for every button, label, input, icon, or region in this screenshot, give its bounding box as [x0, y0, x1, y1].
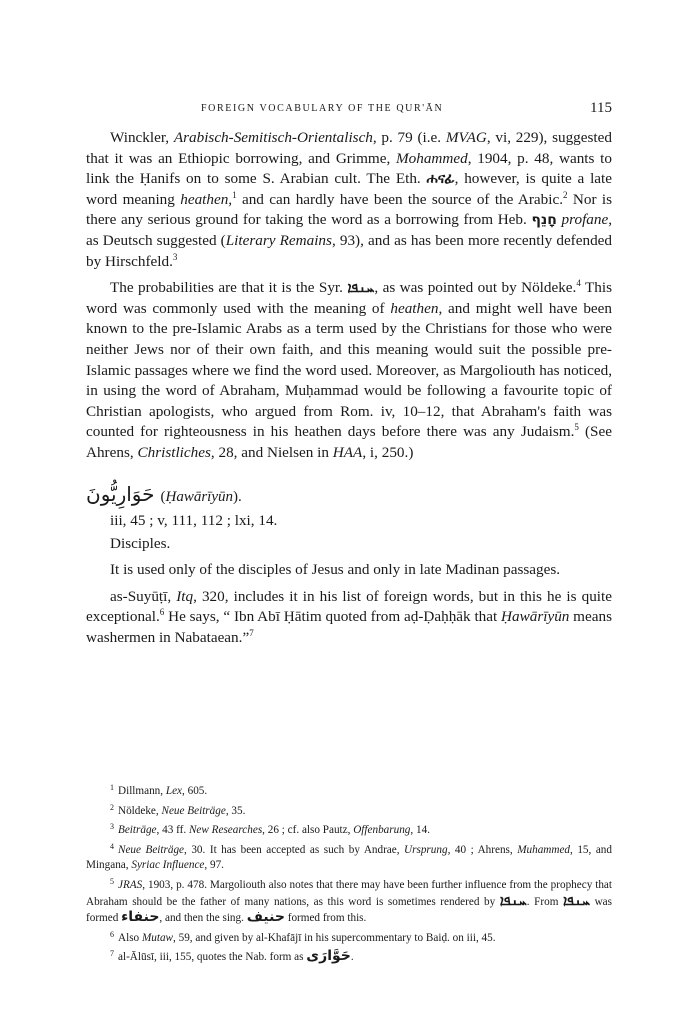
foreign-script-word: حنيف	[247, 909, 285, 925]
italic-text: Ḥawārīyūn	[501, 608, 569, 625]
text: .	[351, 951, 354, 963]
text: Dillmann,	[118, 785, 166, 797]
text: , 14.	[410, 824, 430, 836]
footnote: 7al-Ālūsī, iii, 155, quotes the Nab. for…	[86, 946, 612, 966]
italic-text: Beiträge	[118, 824, 157, 836]
paragraph: It is used only of the disciples of Jesu…	[86, 560, 612, 581]
footnote: 1Dillmann, Lex, 605.	[86, 780, 612, 800]
foreign-script-word: ܚܢܦܐ	[500, 893, 527, 909]
text: , 59, and given by al-Khafājī in his sup…	[173, 932, 496, 944]
text: , 97.	[204, 859, 224, 871]
italic-text: Neue Beiträge	[162, 805, 226, 817]
italic-text: Mutaw	[142, 932, 173, 944]
text: Nöldeke,	[118, 805, 162, 817]
text: , and then the sing.	[159, 912, 246, 924]
footnote: 5JRAS, 1903, p. 478. Margoliouth also no…	[86, 874, 612, 927]
italic-text: Arabisch-Semitisch-Orientalisch	[174, 129, 373, 146]
paragraph: Winckler, Arabisch-Semitisch-Orientalisc…	[86, 128, 612, 272]
italic-text: profane	[562, 211, 609, 228]
text: , 26 ; cf. also Pautz,	[262, 824, 353, 836]
italic-text: Christliches	[137, 444, 210, 461]
text: , as was pointed out by Nöldeke.	[374, 279, 576, 296]
italic-text: Muhammed	[517, 844, 570, 856]
footnote-number: 7	[110, 949, 114, 958]
italic-text: Neue Beiträge	[118, 844, 184, 856]
italic-text: heathen,	[180, 191, 232, 208]
italic-text: Lex	[166, 785, 182, 797]
italic-text: heathen	[390, 300, 438, 317]
entry-heading: حَوَارِيُّونَ(Ḥawārīyūn).	[86, 484, 612, 508]
text: Also	[118, 932, 142, 944]
page-number: 115	[590, 100, 612, 117]
text: It is used only of the disciples of Jesu…	[110, 561, 560, 578]
text: as-Suyūṭī,	[110, 588, 176, 605]
vocabulary-entry: حَوَارِيُّونَ(Ḥawārīyūn). iii, 45 ; v, 1…	[86, 484, 612, 649]
paragraph: as-Suyūṭī, Itq, 320, includes it in his …	[86, 587, 612, 649]
footnote-number: 3	[110, 822, 114, 831]
footnote-number: 1	[110, 783, 114, 792]
paragraph: The probabilities are that it is the Syr…	[86, 278, 612, 463]
text: , 43 ff.	[157, 824, 189, 836]
text: , and might well have been known to the …	[86, 300, 612, 441]
footnote-number: 5	[110, 877, 114, 886]
text: and can hardly have been the source of t…	[237, 191, 563, 208]
text: , 28, and Nielsen in	[211, 444, 333, 461]
running-head: FOREIGN VOCABULARY OF THE QUR'ĀN 115	[86, 100, 612, 118]
footnote-ref: 7	[249, 628, 254, 638]
foreign-script-word: ሐናፊ	[427, 171, 455, 187]
italic-text: Mohammed	[396, 150, 468, 167]
text: formed from this.	[285, 912, 366, 924]
footnote-number: 4	[110, 842, 114, 851]
footnote: 6Also Mutaw, 59, and given by al-Khafājī…	[86, 927, 612, 947]
text: al-Ālūsī, iii, 155, quotes the Nab. form…	[118, 951, 306, 963]
italic-text: Itq	[176, 588, 193, 605]
footnote-number: 2	[110, 803, 114, 812]
main-text: Winckler, Arabisch-Semitisch-Orientalisc…	[86, 128, 612, 649]
text: , 30. It has been accepted as such by An…	[184, 844, 404, 856]
footnotes: 1Dillmann, Lex, 605. 2Nöldeke, Neue Beit…	[86, 780, 612, 966]
foreign-script-word: ܚܢܦܐ	[563, 893, 590, 909]
footnote: 2Nöldeke, Neue Beiträge, 35.	[86, 800, 612, 820]
text: The probabilities are that it is the Syr…	[110, 279, 347, 296]
italic-text: JRAS	[118, 879, 142, 891]
text: , i, 250.)	[362, 444, 413, 461]
footnote-ref: 3	[173, 252, 178, 262]
italic-text: Offenbarung	[353, 824, 410, 836]
italic-text: MVAG	[446, 129, 487, 146]
text: , 605.	[182, 785, 207, 797]
footnote: 3Beiträge, 43 ff. New Researches, 26 ; c…	[86, 819, 612, 839]
running-head-title: FOREIGN VOCABULARY OF THE QUR'ĀN	[201, 103, 443, 114]
italic-text: HAA	[333, 444, 363, 461]
foreign-script-word: حَوَّارَى	[306, 948, 351, 964]
foreign-script-word: حنفاء	[121, 909, 159, 925]
text: , 40 ; Ahrens,	[448, 844, 518, 856]
text: . From	[527, 896, 563, 908]
entry-arabic-word: حَوَارِيُّونَ	[86, 482, 155, 506]
entry-references: iii, 45 ; v, 111, 112 ; lxi, 14.	[110, 511, 612, 532]
text: , p. 79 (i.e.	[373, 129, 446, 146]
entry-gloss: Disciples.	[110, 534, 612, 555]
italic-text: Syriac Influence	[131, 859, 204, 871]
text: Winckler,	[110, 129, 174, 146]
text: , 35.	[226, 805, 246, 817]
entry-transliteration: Ḥawārīyūn	[166, 489, 234, 505]
text: He says, “ Ibn Abī Ḥātim quoted from aḍ-…	[164, 608, 501, 625]
foreign-script-word: ܚܢܦܐ	[347, 280, 374, 296]
italic-text: Ursprung	[404, 844, 448, 856]
italic-text: New Researches	[189, 824, 262, 836]
italic-text: Literary Remains	[226, 232, 332, 249]
footnote: 4Neue Beiträge, 30. It has been accepted…	[86, 839, 612, 874]
foreign-script-word: חָנֵף	[531, 212, 556, 228]
footnote-number: 6	[110, 930, 114, 939]
